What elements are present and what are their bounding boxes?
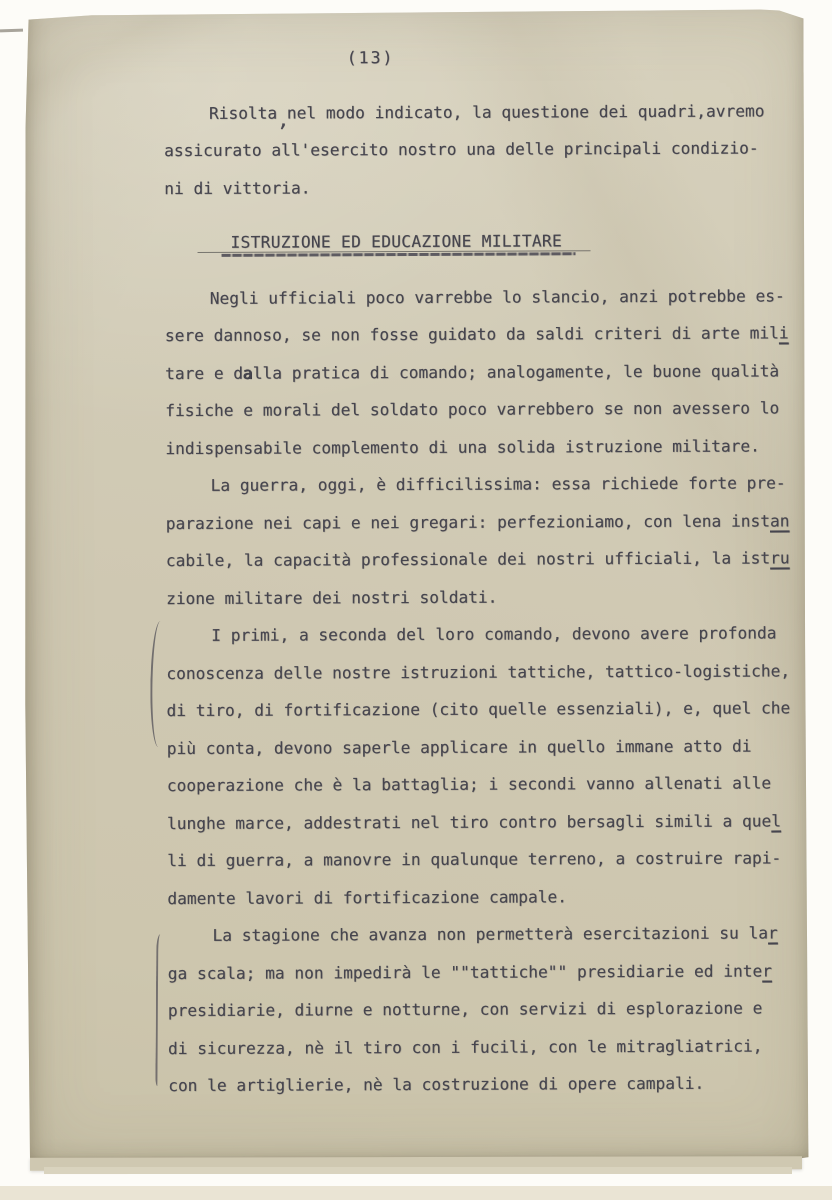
text-line: più conta, devono saperle applicare in q… [167,727,815,767]
margin-mark [155,934,166,1086]
text-line: cooperazione che è la battaglia; i secon… [167,764,815,804]
text-run: damente lavori di fortificazione campale… [167,887,567,908]
text-line: cabile, la capacità professionale dei no… [166,539,814,579]
underlined-run: i [779,323,789,342]
text-run: lunghe marce, addestrati nel tiro contro… [167,811,771,833]
text-line: parazione nei capi e nei gregari: perfez… [166,502,814,542]
text-run: La guerra, oggi, è difficilissima: essa … [211,473,786,495]
text-run: tare e d [165,363,243,382]
text-run: ga scala; ma non impedirà le ""tattiche"… [168,961,763,983]
text-line: tare e dalla pratica di comando; analoga… [165,352,813,392]
text-line: assicurato all'esercito nostro una delle… [164,129,812,169]
next-scan-edge [0,1186,832,1200]
text-run: Negli ufficiali poco varrebbe lo slancio… [210,286,785,308]
underlined-run: r [762,961,772,980]
text-run: di tiro, di fortificazione (cito quelle … [166,698,790,720]
text-run: I primi, a seconda del loro comando, dev… [211,623,776,644]
text-line: di tiro, di fortificazione (cito quelle … [166,689,814,729]
text-run: La stagione che avanza non permetterà es… [212,923,768,944]
margin-mark [149,621,169,747]
scan-artifact-line [0,29,23,33]
underlined-run: ru [770,548,790,567]
text-run: ni di vittoria. [164,178,310,198]
text-line: con le artiglierie, nè la costruzione di… [168,1064,816,1104]
text-line: ni di vittoria. [164,167,812,207]
under-sheet-edge [44,1167,792,1174]
text-line: conoscenza delle nostre istruzioni tatti… [166,652,814,692]
text-run: Risolta nel modo indicato, la questione … [209,101,765,122]
page-number: (13) [164,37,812,77]
underlined-run: an [770,511,790,530]
text-run: più conta, devono saperle applicare in q… [167,736,752,758]
text-run: (13) [347,48,395,67]
text-run: conoscenza delle nostre istruzioni tatti… [166,661,790,683]
text-run: assicurato all'esercito nostro una delle… [164,138,759,160]
text-run: ISTRUZIONE ED EDUCAZIONE MILITARE [230,231,562,251]
text-run: con le artiglierie, nè la costruzione di… [168,1074,704,1095]
text-line: di sicurezza, nè il tiro con i fucili, c… [168,1027,816,1067]
text-line: presidiarie, diurne e notturne, con serv… [168,989,816,1029]
underlined-run: r [768,923,778,942]
text-run: di sicurezza, nè il tiro con i fucili, c… [168,1036,763,1058]
text-line: Negli ufficiali poco varrebbe lo slancio… [165,277,813,317]
text-run: presidiarie, diurne e notturne, con serv… [168,998,763,1020]
text-line: La guerra, oggi, è difficilissima: essa … [165,464,813,504]
text-line: fisiche e morali del soldato poco varreb… [165,389,813,429]
underlined-run: l [771,811,781,830]
text-line: lunghe marce, addestrati nel tiro contro… [167,802,815,842]
typed-lines: (13)Risolta nel modo indicato, la questi… [164,37,817,1104]
text-run: li di guerra, a manovre in qualunque ter… [167,848,781,870]
text-line: indispensabile complemento di una solida… [165,427,813,467]
text-run: fisiche e morali del soldato poco varreb… [165,398,779,420]
inserted-comma-annotation: , [277,107,291,132]
text-line: damente lavori di fortificazione campale… [167,877,815,917]
text-run: zione militare dei nostri soldati. [166,587,497,607]
text-line: sere dannoso, se non fosse guidato da sa… [165,314,813,354]
text-run: sere dannoso, se non fosse guidato da sa… [165,323,779,345]
text-run: indispensabile complemento di una solida… [165,436,760,458]
text-line: ga scala; ma non impedirà le ""tattiche"… [168,952,816,992]
section-heading: ISTRUZIONE ED EDUCAZIONE MILITARE [164,221,812,261]
text-line: La stagione che avanza non permetterà es… [167,914,815,954]
overstruck-run: a [243,363,253,382]
text-run: cabile, la capacità professionale dei no… [166,548,770,570]
text-run: cooperazione che è la battaglia; i secon… [167,773,771,795]
text-run: parazione nei capi e nei gregari: perfez… [166,511,770,533]
heading-underline [222,252,576,257]
text-line: Risolta nel modo indicato, la questione … [164,92,812,132]
text-line: I primi, a seconda del loro comando, dev… [166,614,814,654]
document-page: (13)Risolta nel modo indicato, la questi… [21,9,808,1165]
text-run: lla pratica di comando; analogamente, le… [253,361,779,382]
text-line: li di guerra, a manovre in qualunque ter… [167,839,815,879]
text-line: zione militare dei nostri soldati. [166,577,814,617]
